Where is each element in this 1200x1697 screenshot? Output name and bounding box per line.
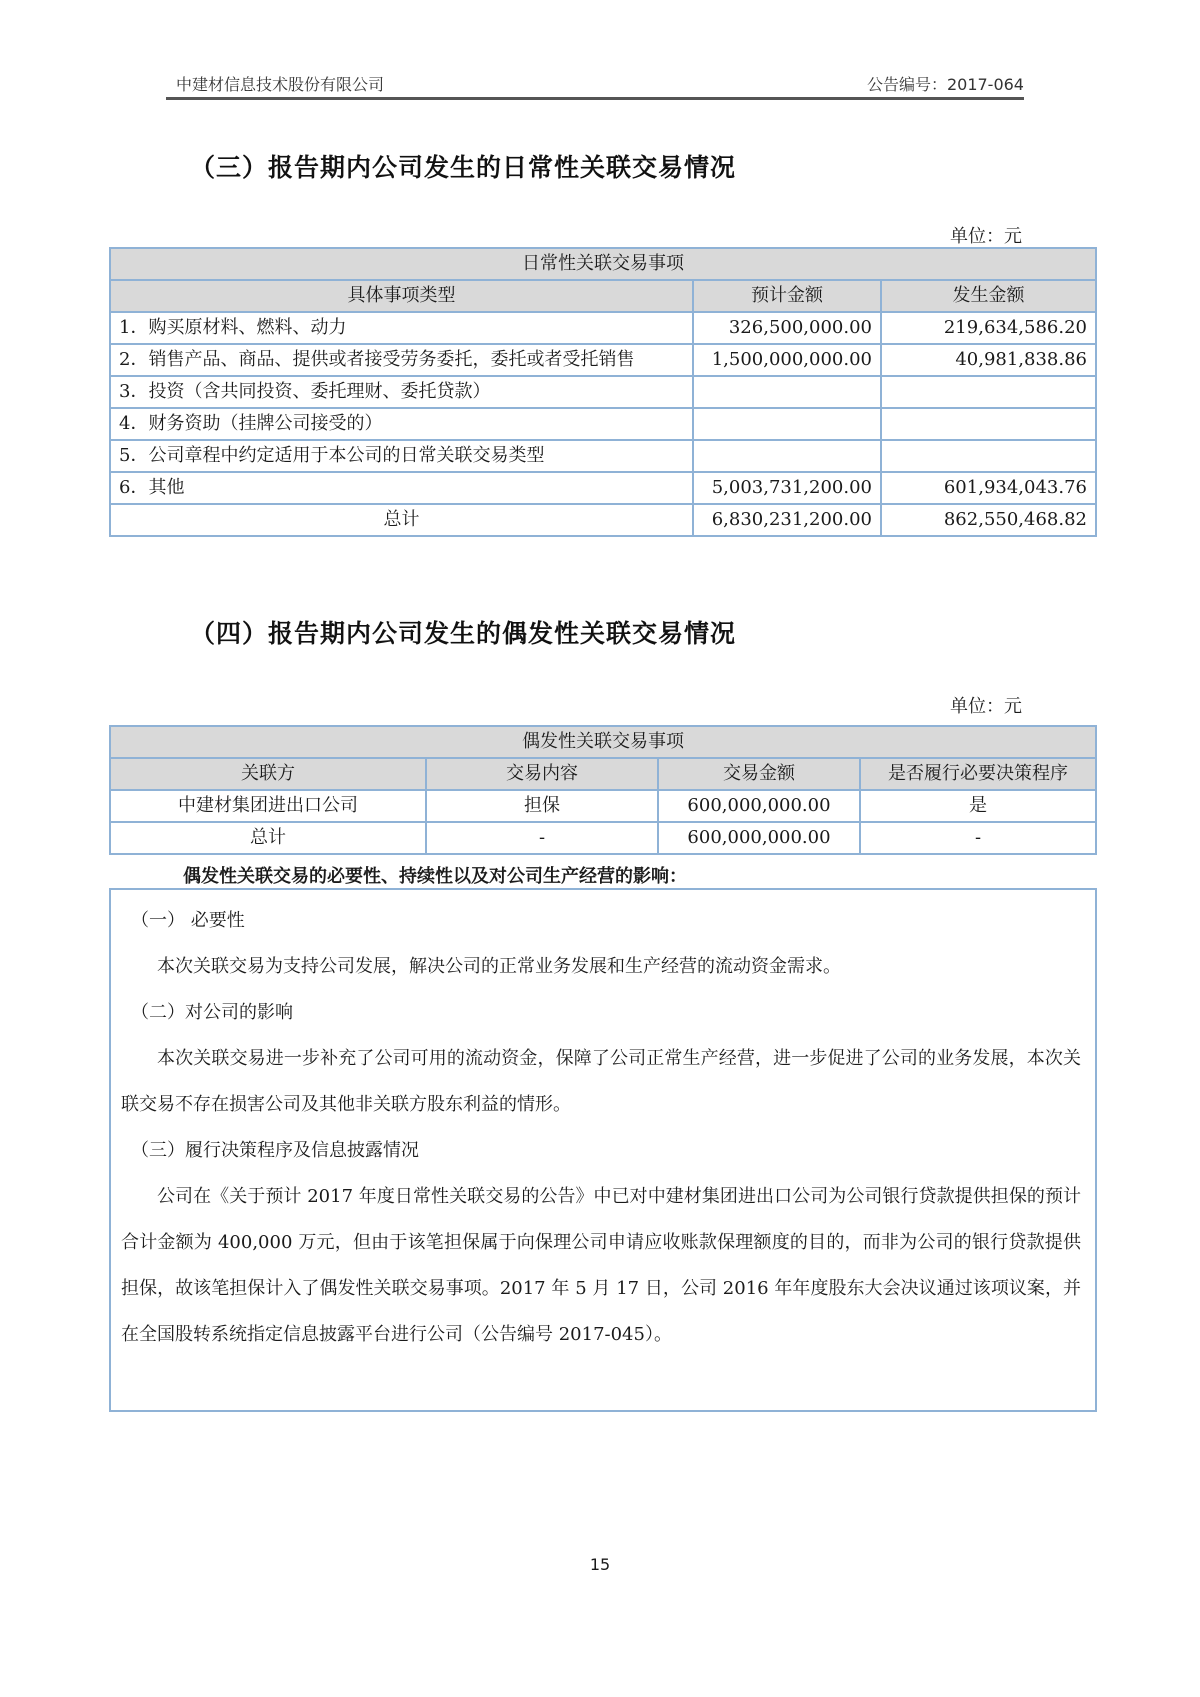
column-header-amount: 交易金额 [658, 758, 860, 790]
announcement-number: 公告编号：2017-064 [867, 72, 1024, 95]
row-estimated [693, 408, 881, 440]
table-caption: 日常性关联交易事项 [110, 248, 1096, 280]
total-label: 总计 [110, 822, 426, 854]
table-caption: 偶发性关联交易事项 [110, 726, 1096, 758]
row-type: 2．销售产品、商品、提供或者接受劳务委托，委托或者受托销售 [110, 344, 693, 376]
total-actual: 862,550,468.82 [881, 504, 1096, 536]
table-row: 5．公司章程中约定适用于本公司的日常关联交易类型 [110, 440, 1096, 472]
table-caption-row: 偶发性关联交易事项 [110, 726, 1096, 758]
total-procedure: - [860, 822, 1096, 854]
row-type: 1．购买原材料、燃料、动力 [110, 312, 693, 344]
row-actual: 40,981,838.86 [881, 344, 1096, 376]
procedure-text: 公司在《关于预计 2017 年度日常性关联交易的公告》中已对中建材集团进出口公司… [121, 1174, 1081, 1358]
row-estimated: 326,500,000.00 [693, 312, 881, 344]
table-row: 2．销售产品、商品、提供或者接受劳务委托，委托或者受托销售 1,500,000,… [110, 344, 1096, 376]
row-estimated: 5,003,731,200.00 [693, 472, 881, 504]
total-estimated: 6,830,231,200.00 [693, 504, 881, 536]
impact-box: （一） 必要性 本次关联交易为支持公司发展，解决公司的正常业务发展和生产经营的流… [109, 888, 1097, 1412]
row-estimated: 1,500,000,000.00 [693, 344, 881, 376]
table-total-row: 总计 6,830,231,200.00 862,550,468.82 [110, 504, 1096, 536]
table-row: 6．其他 5,003,731,200.00 601,934,043.76 [110, 472, 1096, 504]
row-actual [881, 376, 1096, 408]
section4-title: （四）报告期内公司发生的偶发性关联交易情况 [190, 614, 736, 650]
table-header-row: 关联方 交易内容 交易金额 是否履行必要决策程序 [110, 758, 1096, 790]
row-type: 4．财务资助（挂牌公司接受的） [110, 408, 693, 440]
row-estimated [693, 440, 881, 472]
necessity-heading: （一） 必要性 [131, 898, 245, 944]
row-type: 6．其他 [110, 472, 693, 504]
row-type: 5．公司章程中约定适用于本公司的日常关联交易类型 [110, 440, 693, 472]
column-header-actual: 发生金额 [881, 280, 1096, 312]
total-amount: 600,000,000.00 [658, 822, 860, 854]
section4-unit: 单位：元 [950, 692, 1022, 718]
row-party: 中建材集团进出口公司 [110, 790, 426, 822]
row-type: 3．投资（含共同投资、委托理财、委托贷款） [110, 376, 693, 408]
page-header: 中建材信息技术股份有限公司 公告编号：2017-064 [176, 70, 1024, 98]
table-row: 3．投资（含共同投资、委托理财、委托贷款） [110, 376, 1096, 408]
table-caption-row: 日常性关联交易事项 [110, 248, 1096, 280]
table-row: 4．财务资助（挂牌公司接受的） [110, 408, 1096, 440]
effect-heading: （二）对公司的影响 [131, 990, 293, 1036]
daily-transactions-table: 日常性关联交易事项 具体事项类型 预计金额 发生金额 1．购买原材料、燃料、动力… [109, 247, 1097, 537]
row-actual: 219,634,586.20 [881, 312, 1096, 344]
row-actual: 601,934,043.76 [881, 472, 1096, 504]
column-header-type: 具体事项类型 [110, 280, 693, 312]
procedure-heading: （三）履行决策程序及信息披露情况 [131, 1128, 419, 1174]
column-header-procedure: 是否履行必要决策程序 [860, 758, 1096, 790]
column-header-content: 交易内容 [426, 758, 658, 790]
effect-text: 本次关联交易进一步补充了公司可用的流动资金，保障了公司正常生产经营，进一步促进了… [121, 1036, 1081, 1128]
table-total-row: 总计 - 600,000,000.00 - [110, 822, 1096, 854]
impact-title: 偶发性关联交易的必要性、持续性以及对公司生产经营的影响： [183, 862, 687, 888]
necessity-text: 本次关联交易为支持公司发展，解决公司的正常业务发展和生产经营的流动资金需求。 [121, 944, 1081, 990]
row-actual [881, 408, 1096, 440]
total-label: 总计 [110, 504, 693, 536]
row-procedure: 是 [860, 790, 1096, 822]
section3-title: （三）报告期内公司发生的日常性关联交易情况 [190, 148, 736, 184]
table-row: 1．购买原材料、燃料、动力 326,500,000.00 219,634,586… [110, 312, 1096, 344]
page-number: 15 [0, 1555, 1200, 1574]
row-amount: 600,000,000.00 [658, 790, 860, 822]
company-name: 中建材信息技术股份有限公司 [176, 72, 384, 95]
occasional-transactions-table: 偶发性关联交易事项 关联方 交易内容 交易金额 是否履行必要决策程序 中建材集团… [109, 725, 1097, 855]
table-row: 中建材集团进出口公司 担保 600,000,000.00 是 [110, 790, 1096, 822]
header-divider [166, 97, 1024, 100]
section3-unit: 单位：元 [950, 222, 1022, 248]
row-estimated [693, 376, 881, 408]
table-header-row: 具体事项类型 预计金额 发生金额 [110, 280, 1096, 312]
column-header-party: 关联方 [110, 758, 426, 790]
row-actual [881, 440, 1096, 472]
total-content: - [426, 822, 658, 854]
row-content: 担保 [426, 790, 658, 822]
column-header-estimated: 预计金额 [693, 280, 881, 312]
